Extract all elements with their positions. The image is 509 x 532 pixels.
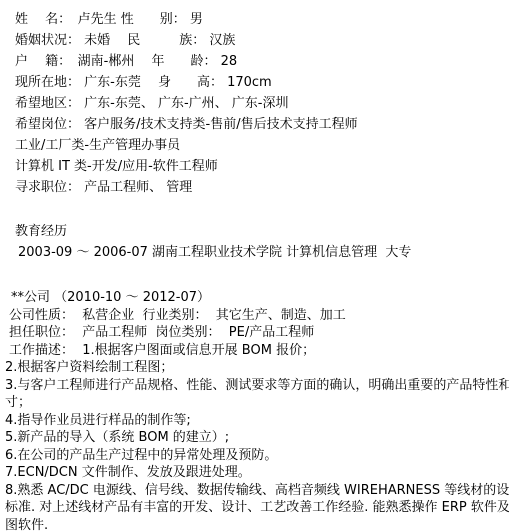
job-description-line-8-wrap1: 标准. 对上述线材产品有丰富的开发、设计、工艺改善工作经验. 能熟悉操作 ERP…	[0, 499, 509, 517]
personal-info-line-desired-position: 希望岗位： 客户服务/技术支持类-售前/售后技术支持工程师	[0, 114, 509, 135]
job-description-line-4: 4.指导作业员进行样品的制作等;	[0, 412, 509, 430]
education-section: 教育经历 2003-09 ～ 2006-07 湖南工程职业技术学院 计算机信息管…	[0, 221, 509, 263]
education-entry: 2003-09 ～ 2006-07 湖南工程职业技术学院 计算机信息管理 大专	[0, 242, 509, 263]
company-line: **公司 （2010-10 ～ 2012-07）	[0, 289, 509, 307]
personal-info-line-marital-ethnic: 婚姻状况： 未婚 民 族： 汉族	[0, 30, 509, 51]
personal-info-line-position-3: 计算机 IT 类-开发/应用-软件工程师	[0, 156, 509, 177]
job-description-line-3: 3.与客户工程师进行产品规格、性能、测试要求等方面的确认，明确出重要的产品特性和…	[0, 377, 509, 395]
personal-info-line-position-2: 工业/工厂类-生产管理办事员	[0, 135, 509, 156]
education-heading: 教育经历	[0, 221, 509, 242]
position-held-line: 担任职位： 产品工程师 岗位类别： PE/产品工程师	[0, 324, 509, 342]
personal-info-line-registry-age: 户 籍： 湖南-郴州 年 龄： 28	[0, 51, 509, 72]
job-description-line-5: 5.新产品的导入（系统 BOM 的建立）;	[0, 429, 509, 447]
job-description-line-2: 2.根据客户资料绘制工程图；	[0, 359, 509, 377]
resume-document: 姓 名： 卢先生 性 别： 男 婚姻状况： 未婚 民 族： 汉族 户 籍： 湖南…	[0, 0, 509, 532]
job-description-line-8: 8.熟悉 AC/DC 电源线、信号线、数据传输线、高档音频线 WIREHARNE…	[0, 482, 509, 500]
job-description-line-7: 7.ECN/DCN 文件制作、发放及跟进处理。	[0, 464, 509, 482]
personal-info-section: 姓 名： 卢先生 性 别： 男 婚姻状况： 未婚 民 族： 汉族 户 籍： 湖南…	[0, 0, 509, 198]
personal-info-line-location-height: 现所在地： 广东-东莞 身 高： 170cm	[0, 72, 509, 93]
company-nature-line: 公司性质： 私营企业 行业类别： 其它生产、制造、加工	[0, 307, 509, 325]
job-description-line-3-wrap: 寸；	[0, 394, 509, 412]
personal-info-line-name-gender: 姓 名： 卢先生 性 别： 男	[0, 9, 509, 30]
job-description-line-1: 工作描述： 1.根据客户图面或信息开展 BOM 报价；	[0, 342, 509, 360]
job-description-line-6: 6.在公司的产品生产过程中的异常处理及预防。	[0, 447, 509, 465]
personal-info-line-desired-area: 希望地区： 广东-东莞、 广东-广州、 广东-深圳	[0, 93, 509, 114]
personal-info-line-seeking-title: 寻求职位： 产品工程师、 管理	[0, 177, 509, 198]
job-description-line-8-wrap2: 图软件.	[0, 517, 509, 532]
work-experience-section: **公司 （2010-10 ～ 2012-07） 公司性质： 私营企业 行业类别…	[0, 289, 509, 532]
